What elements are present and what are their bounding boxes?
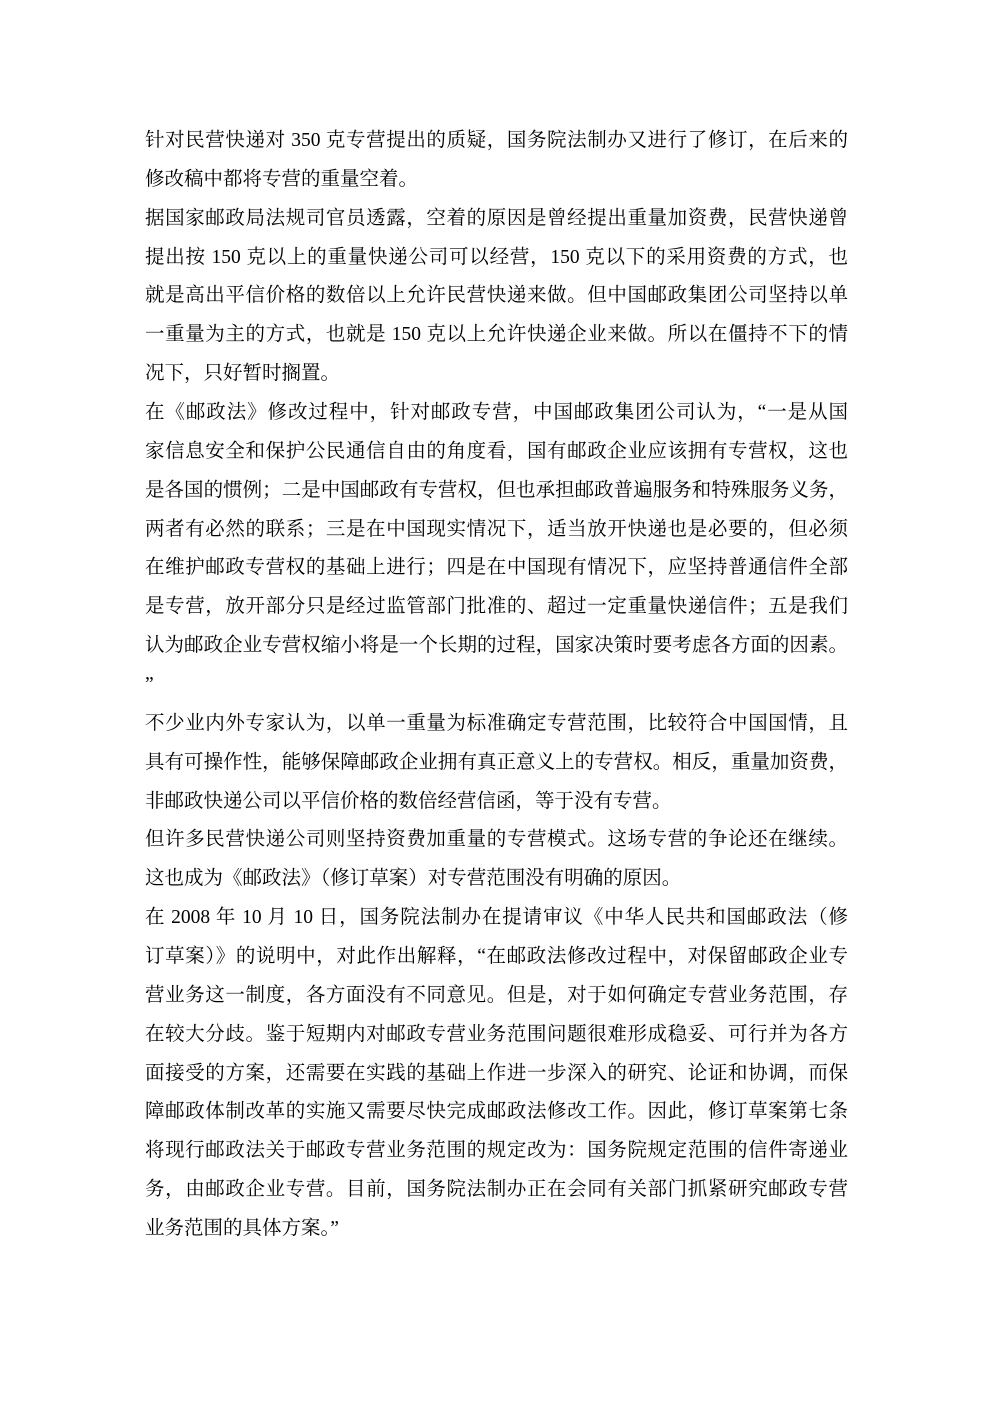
text-line: 面接受的方案，还需要在实践的基础上作进一步深入的研究、论证和协调，而保 (145, 1055, 848, 1094)
text-line: 两者有必然的联系；三是在中国现实情况下，适当放开快递也是必要的，但必须 (145, 511, 848, 550)
text-line: 认为邮政企业专营权缩小将是一个长期的过程，国家决策时要考虑各方面的因素。 (145, 627, 848, 666)
document-text-body: 针对民营快递对 350 克专营提出的质疑，国务院法制办又进行了修订，在后来的 修… (145, 122, 848, 1249)
text-line: 障邮政体制改革的实施又需要尽快完成邮政法修改工作。因此，修订草案第七条 (145, 1093, 848, 1132)
text-line: 是专营，放开部分只是经过监管部门批准的、超过一定重量快递信件；五是我们 (145, 588, 848, 627)
paragraph: 在《邮政法》修改过程中，针对邮政专营，中国邮政集团公司认为，“一是从国 家信息安… (145, 394, 848, 705)
text-line: 在《邮政法》修改过程中，针对邮政专营，中国邮政集团公司认为，“一是从国 (145, 394, 848, 433)
text-line: 修改稿中都将专营的重量空着。 (145, 161, 848, 200)
document-page: 针对民营快递对 350 克专营提出的质疑，国务院法制办又进行了修订，在后来的 修… (0, 0, 993, 1404)
text-line: 非邮政快递公司以平信价格的数倍经营信函，等于没有专营。 (145, 783, 848, 822)
text-line: 将现行邮政法关于邮政专营业务范围的规定改为：国务院规定范围的信件寄递业 (145, 1132, 848, 1171)
text-line: 订草案）》的说明中，对此作出解释，“在邮政法修改过程中，对保留邮政企业专 (145, 938, 848, 977)
text-line: 不少业内外专家认为，以单一重量为标准确定专营范围，比较符合中国国情，且 (145, 705, 848, 744)
paragraph: 不少业内外专家认为，以单一重量为标准确定专营范围，比较符合中国国情，且 具有可操… (145, 705, 848, 822)
text-line: 就是高出平信价格的数倍以上允许民营快递来做。但中国邮政集团公司坚持以单 (145, 277, 848, 316)
text-line: 具有可操作性，能够保障邮政企业拥有真正意义上的专营权。相反，重量加资费， (145, 744, 848, 783)
paragraph: 据国家邮政局法规司官员透露，空着的原因是曾经提出重量加资费，民营快递曾 提出按 … (145, 200, 848, 394)
text-line: 在维护邮政专营权的基础上进行；四是在中国现有情况下，应坚持普通信件全部 (145, 549, 848, 588)
paragraph: 针对民营快递对 350 克专营提出的质疑，国务院法制办又进行了修订，在后来的 修… (145, 122, 848, 200)
text-line: 这也成为《邮政法》（修订草案）对专营范围没有明确的原因。 (145, 860, 848, 899)
paragraph: 但许多民营快递公司则坚持资费加重量的专营模式。这场专营的争论还在继续。 这也成为… (145, 821, 848, 899)
text-line: 况下，只好暂时搁置。 (145, 355, 848, 394)
text-line: 在较大分歧。鉴于短期内对邮政专营业务范围问题很难形成稳妥、可行并为各方 (145, 1016, 848, 1055)
text-line: 业务范围的具体方案。” (145, 1210, 848, 1249)
paragraph: 在 2008 年 10 月 10 日，国务院法制办在提请审议《中华人民共和国邮政… (145, 899, 848, 1249)
text-line: 是各国的惯例；二是中国邮政有专营权，但也承担邮政普遍服务和特殊服务义务， (145, 472, 848, 511)
text-line: 在 2008 年 10 月 10 日，国务院法制办在提请审议《中华人民共和国邮政… (145, 899, 848, 938)
text-line: 营业务这一制度，各方面没有不同意见。但是，对于如何确定专营业务范围，存 (145, 977, 848, 1016)
text-line: 但许多民营快递公司则坚持资费加重量的专营模式。这场专营的争论还在继续。 (145, 821, 848, 860)
text-line: 据国家邮政局法规司官员透露，空着的原因是曾经提出重量加资费，民营快递曾 (145, 200, 848, 239)
text-line: 一重量为主的方式，也就是 150 克以上允许快递企业来做。所以在僵持不下的情 (145, 316, 848, 355)
text-line: ” (145, 666, 848, 705)
text-line: 提出按 150 克以上的重量快递公司可以经营，150 克以下的采用资费的方式，也 (145, 239, 848, 278)
text-line: 务，由邮政企业专营。目前，国务院法制办正在会同有关部门抓紧研究邮政专营 (145, 1171, 848, 1210)
text-line: 家信息安全和保护公民通信自由的角度看，国有邮政企业应该拥有专营权，这也 (145, 433, 848, 472)
text-line: 针对民营快递对 350 克专营提出的质疑，国务院法制办又进行了修订，在后来的 (145, 122, 848, 161)
